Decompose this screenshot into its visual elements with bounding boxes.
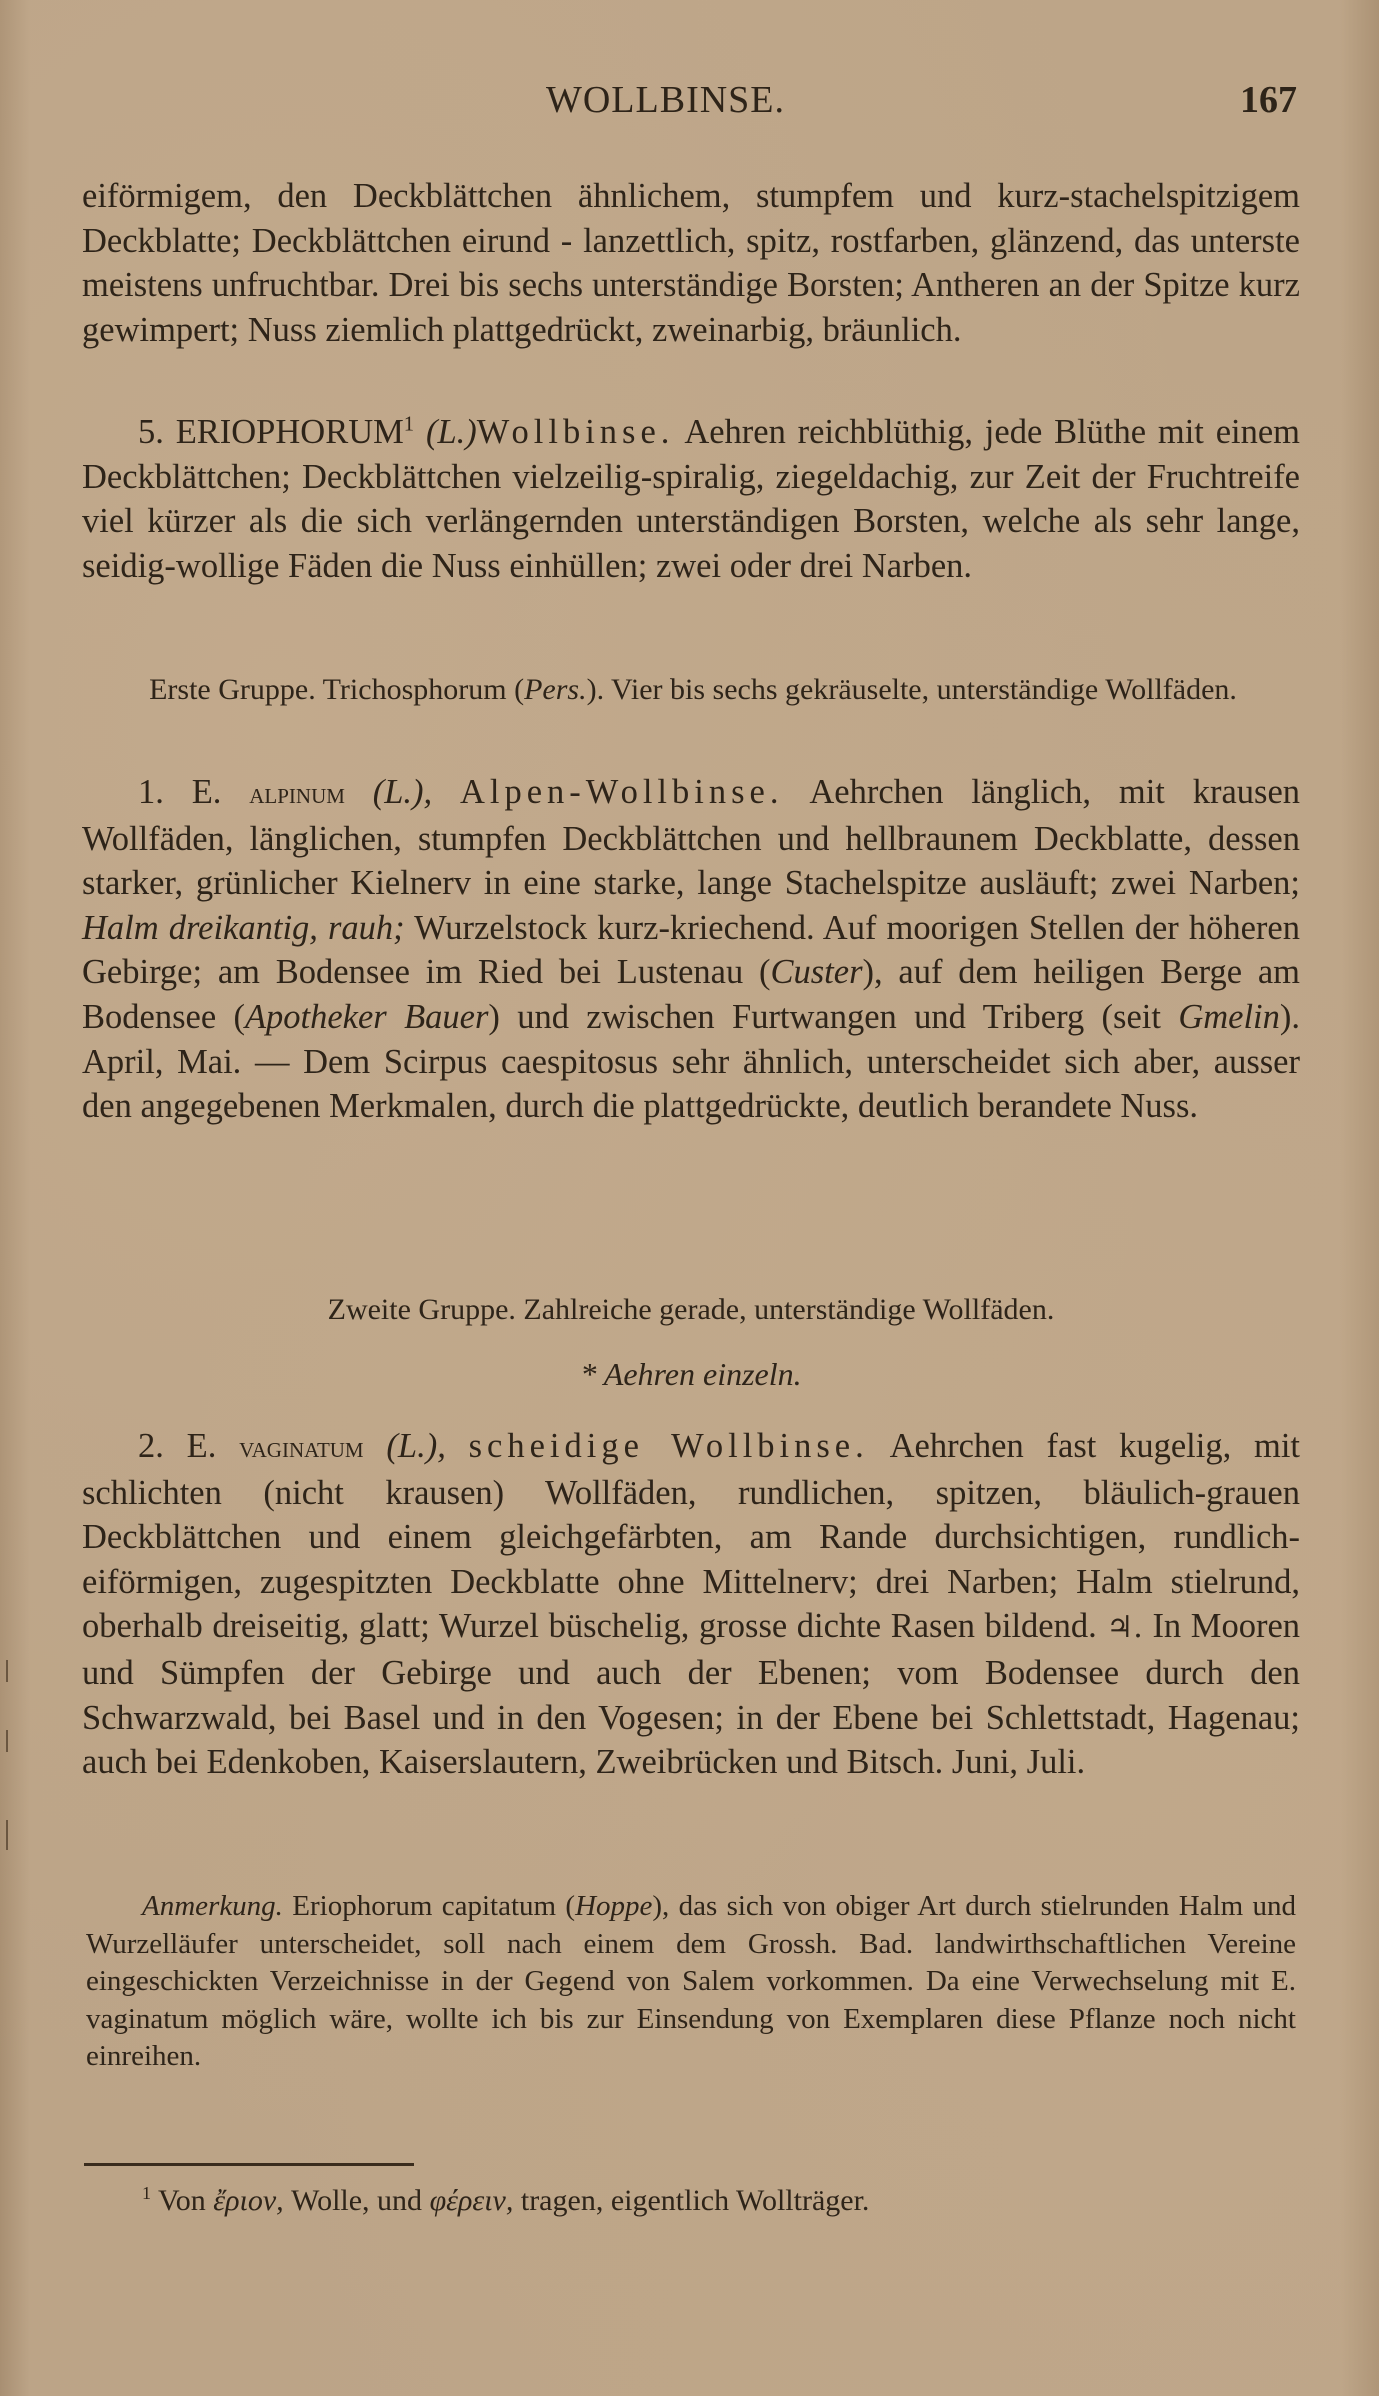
- genus-name: ERIOPHORUM: [176, 413, 404, 451]
- remark-note: Anmerkung. Eriophorum capitatum (Hoppe),…: [86, 1888, 1296, 2076]
- group-heading-text: Zweite Gruppe. Zahlreiche gerade, unters…: [82, 1292, 1300, 1328]
- running-head-title: WOLLBINSE.: [546, 78, 785, 122]
- page-number: 167: [1240, 78, 1297, 122]
- genus-common-name: Wollbinse.: [477, 413, 675, 451]
- footnote-marker: 1: [142, 2183, 151, 2203]
- margin-mark: [6, 1820, 8, 1850]
- group-heading-1: Erste Gruppe. Trichosphorum (Pers.). Vie…: [86, 672, 1300, 708]
- species-paragraph: 1. E. alpinum (L.), Alpen-Wollbinse. Aeh…: [82, 770, 1300, 1129]
- genus-authority: (L.): [426, 413, 477, 451]
- margin-mark: [6, 1730, 8, 1752]
- species-number: 2. E.: [138, 1427, 216, 1465]
- species-common-name: Alpen-Wollbinse.: [460, 773, 783, 811]
- greek-word: φέρειν,: [430, 2184, 514, 2217]
- footnote-divider: [84, 2163, 414, 2166]
- species-paragraph: 2. E. vaginatum (L.), scheidige Wollbins…: [82, 1424, 1300, 1785]
- margin-mark: [6, 1660, 8, 1682]
- species-authority: (L.),: [386, 1427, 445, 1465]
- footnote: 1 Von ἔριον, Wolle, und φέρειν, tragen, …: [142, 2184, 869, 2218]
- book-page: WOLLBINSE. 167 eiförmigem, den Deckblätt…: [0, 0, 1379, 2396]
- continuation-paragraph: eiförmigem, den Deckblättchen ähnlichem,…: [82, 174, 1300, 352]
- genus-number: 5.: [138, 413, 164, 451]
- footnote-reference[interactable]: 1: [404, 414, 414, 436]
- species-number: 1. E.: [138, 773, 221, 811]
- paragraph-text: eiförmigem, den Deckblättchen ähnlichem,…: [82, 174, 1300, 352]
- species-epithet: alpinum: [249, 777, 345, 810]
- group-heading-text: Erste Gruppe. Trichosphorum (Pers.). Vie…: [86, 672, 1300, 708]
- genus-entry: 5. ERIOPHORUM1 (L.)Wollbinse. Aehren rei…: [82, 410, 1300, 588]
- genus-paragraph: 5. ERIOPHORUM1 (L.)Wollbinse. Aehren rei…: [82, 410, 1300, 588]
- subgroup-heading: * Aehren einzeln.: [82, 1352, 1300, 1397]
- species-entry-alpinum: 1. E. alpinum (L.), Alpen-Wollbinse. Aeh…: [82, 770, 1300, 1129]
- species-authority: (L.),: [373, 773, 432, 811]
- species-entry-vaginatum: 2. E. vaginatum (L.), scheidige Wollbins…: [82, 1424, 1300, 1785]
- greek-word: ἔριον,: [213, 2184, 283, 2217]
- species-common-name: scheidige Wollbinse.: [469, 1427, 869, 1465]
- remark-label: Anmerkung.: [142, 1890, 283, 1922]
- running-head: WOLLBINSE. 167: [0, 78, 1379, 128]
- group-heading-2: Zweite Gruppe. Zahlreiche gerade, unters…: [82, 1292, 1300, 1328]
- species-epithet: vaginatum: [239, 1431, 363, 1464]
- perennial-symbol: ♃.: [1106, 1610, 1142, 1645]
